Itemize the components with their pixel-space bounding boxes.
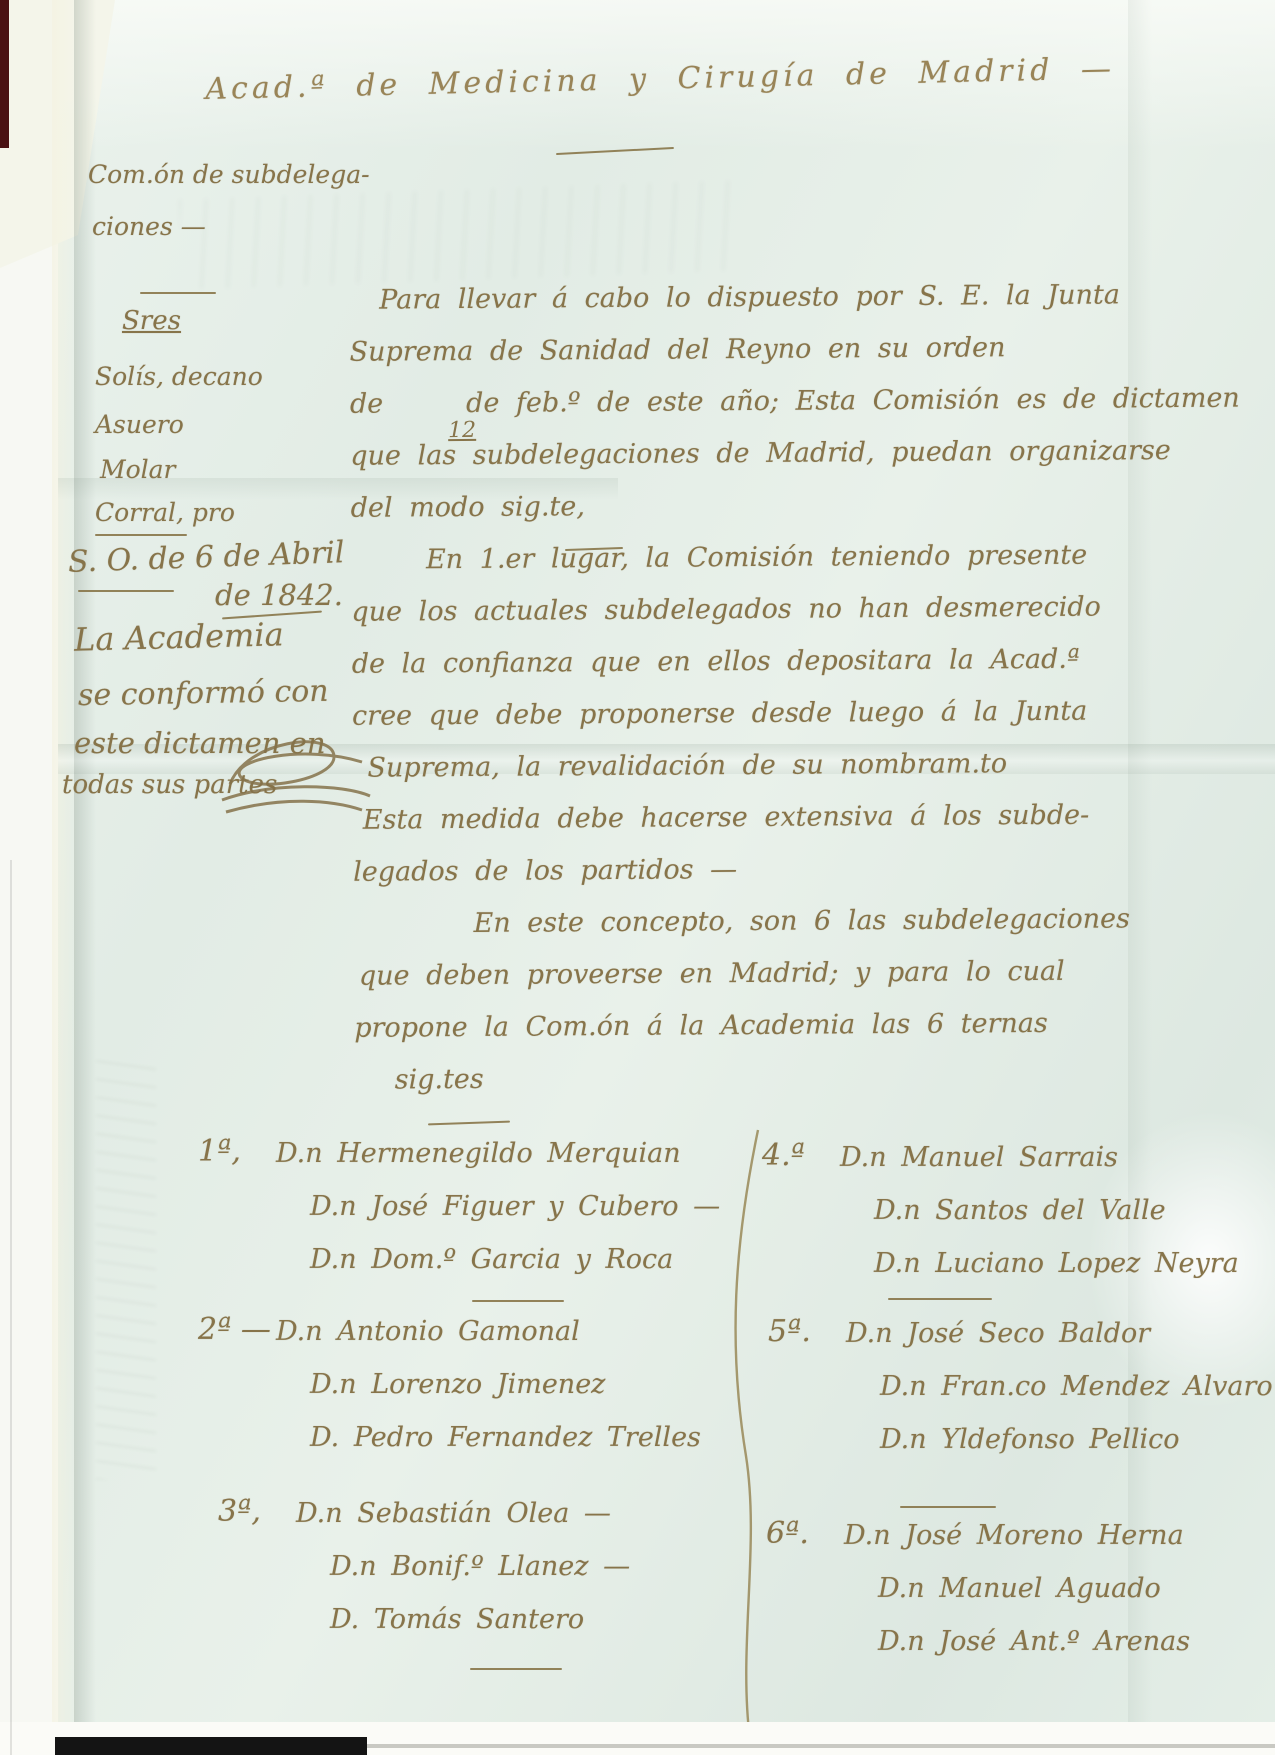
terna-5-name-3: D.n Yldefonso Pellico [768, 1424, 1273, 1477]
terna-6-name-3: D.n José Ant.º Arenas [766, 1626, 1190, 1679]
terna-6: 6ª. D.n José Moreno Herna D.n Manuel Agu… [766, 1520, 1190, 1679]
margin-member-underline [95, 534, 187, 536]
left-scan-fold-line [10, 860, 12, 1755]
terna-1-name-3: D.n Dom.º Garcia y Roca [198, 1244, 720, 1297]
body-line-15: propone la Com.ón á la Academia las 6 te… [354, 1007, 1154, 1065]
body-line-12: legados de los partidos — [353, 851, 1153, 909]
terna-3-end-rule [470, 1668, 562, 1670]
bottom-scan-gray-line [367, 1744, 1275, 1748]
terna-2-name-3: D. Pedro Fernandez Trelles [198, 1422, 701, 1475]
body-line-5: del modo sig.te, [351, 487, 1151, 545]
body-line-8: de la confianza que en ellos depositara … [352, 643, 1152, 701]
margin-divider-dash [140, 292, 216, 294]
terna-3: 3ª, D.n Sebastián Olea — D.n Bonif.º Lla… [218, 1498, 630, 1657]
margin-member-asuero: Asuero [95, 410, 184, 439]
body-line-11: Esta medida debe hacerse extensiva á los… [353, 799, 1153, 857]
terna-4-name-3: D.n Luciano Lopez Neyra [762, 1248, 1239, 1301]
terna-2-name-1: D.n Antonio Gamonal [198, 1316, 701, 1369]
margin-resolution-line-2: se conformó con [78, 674, 329, 713]
margin-committee-line-2: ciones — [92, 212, 206, 241]
terna-3-name-1: D.n Sebastián Olea — [218, 1498, 630, 1551]
terna-1-name-1: D.n Hermenegildo Merquian [198, 1138, 720, 1191]
body-line-2: Suprema de Sanidad del Reyno en su orden [349, 331, 1149, 389]
margin-sres-label: Sres [122, 306, 181, 336]
margin-member-solis: Solís, decano [95, 362, 263, 391]
terna-3-name-2: D.n Bonif.º Llanez — [218, 1551, 630, 1604]
body-line-14: que deben proveerse en Madrid; y para lo… [354, 955, 1154, 1013]
body-line-9: cree que debe proponerse desde luego á l… [352, 695, 1152, 753]
terna-3-name-3: D. Tomás Santero [218, 1604, 630, 1657]
ink-bleedthrough-left [96, 1060, 156, 1480]
margin-committee-line-1: Com.ón de subdelega- [88, 160, 370, 189]
terna-1-name-2: D.n José Figuer y Cubero — [198, 1191, 720, 1244]
bottom-scan-black-bar [55, 1737, 367, 1755]
body-line-1: Para llevar á cabo lo dispuesto por S. E… [349, 279, 1149, 337]
margin-session-date-line-2: de 1842. [215, 578, 343, 612]
terna-1: 1ª, D.n Hermenegildo Merquian D.n José F… [198, 1138, 720, 1297]
terna-5-name-2: D.n Fran.co Mendez Alvaro [768, 1371, 1273, 1424]
body-line-16: sig.tes [355, 1059, 1155, 1117]
body-line-3: de de feb.º de este año; Esta Comisión e… [350, 383, 1150, 441]
terna-5: 5ª. D.n José Seco Baldor D.n Fran.co Men… [768, 1318, 1273, 1477]
margin-member-corral: Corral, pro [95, 498, 235, 527]
terna-2: 2ª — D.n Antonio Gamonal D.n Lorenzo Jim… [198, 1316, 701, 1475]
body-line-6: En 1.er lugar, la Comisión teniendo pres… [351, 539, 1151, 597]
terna-4-name-1: D.n Manuel Sarrais [762, 1142, 1239, 1195]
terna-5-top-rule [888, 1298, 992, 1300]
terna-6-name-2: D.n Manuel Aguado [766, 1573, 1190, 1626]
scanned-document: Acad.ª de Medicina y Cirugía de Madrid —… [0, 0, 1275, 1755]
margin-resolution-line-1: La Academia [74, 615, 285, 658]
terna-5-name-1: D.n José Seco Baldor [768, 1318, 1273, 1371]
terna-4-name-2: D.n Santos del Valle [762, 1195, 1239, 1248]
left-edge-maroon-mark [0, 0, 9, 148]
body-line-4: que las subdelegaciones de Madrid, pueda… [350, 435, 1150, 493]
body-text-block: 12 Para llevar á cabo lo dispuesto por S… [349, 279, 1155, 1117]
terna-6-name-1: D.n José Moreno Herna [766, 1520, 1190, 1573]
margin-member-molar: Molar [100, 455, 176, 484]
terna-6-top-rule [900, 1506, 996, 1508]
body-line-13: En este concepto, son 6 las subdelegacio… [353, 903, 1153, 961]
body-line-10: Suprema, la revalidación de su nombram.t… [352, 747, 1152, 805]
terna-1-end-rule [472, 1300, 564, 1302]
session-underline-1 [78, 590, 174, 592]
terna-2-name-2: D.n Lorenzo Jimenez [198, 1369, 701, 1422]
body-line-7: que los actuales subdelegados no han des… [351, 591, 1151, 649]
terna-4: 4.ª D.n Manuel Sarrais D.n Santos del Va… [762, 1142, 1239, 1301]
